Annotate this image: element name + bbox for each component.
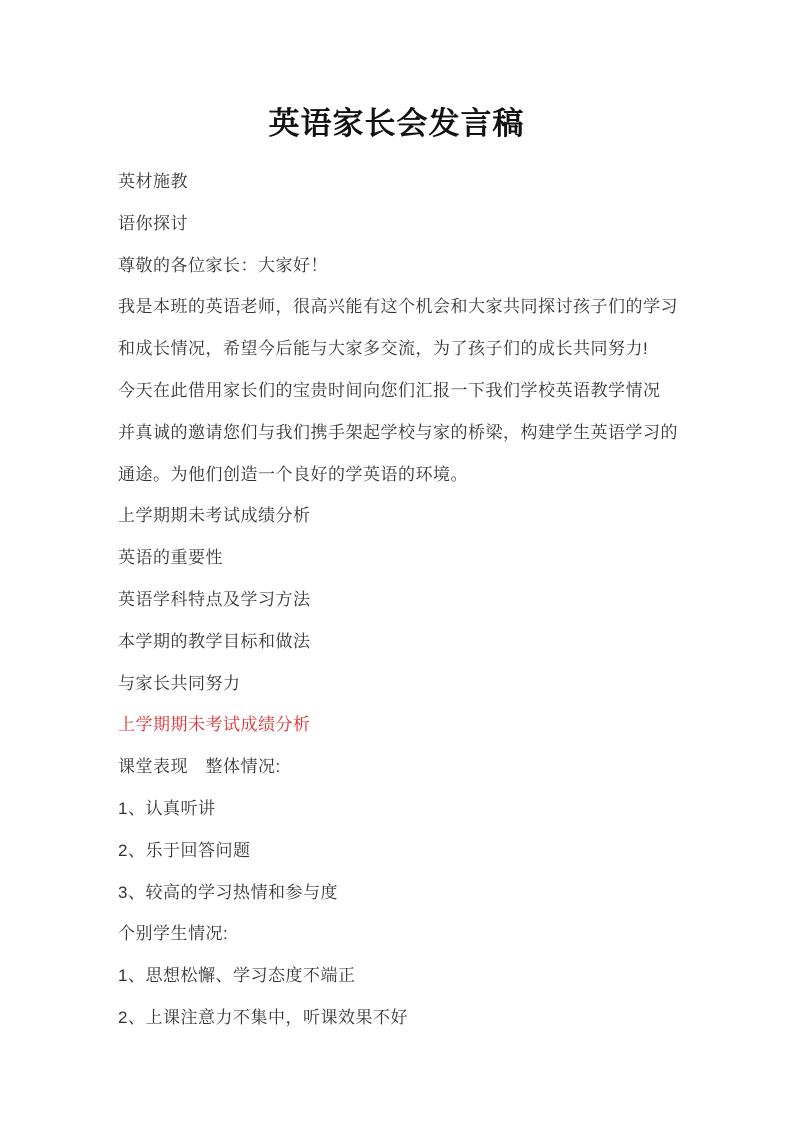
text-line: 上学期期未考试成绩分析 (118, 505, 718, 527)
text-line-highlighted: 上学期期未考试成绩分析 (118, 714, 718, 736)
text-line: 个别学生情况: (118, 923, 718, 945)
text-line: 今天在此借用家长们的宝贵时间向您们汇报一下我们学校英语教学情况 (118, 380, 718, 402)
document-page: 英语家长会发言稿 英材施教语你探讨尊敬的各位家长：大家好！我是本班的英语老师，很… (0, 0, 793, 1122)
text-line: 英语学科特点及学习方法 (118, 589, 718, 611)
text-line: 英语的重要性 (118, 547, 718, 569)
text-line: 尊敬的各位家长：大家好！ (118, 255, 718, 277)
text-line: 2、乐于回答问题 (118, 840, 718, 862)
text-line: 课堂表现 整体情况: (118, 756, 718, 778)
text-line: 1、认真听讲 (118, 798, 718, 820)
text-line: 通途。为他们创造一个良好的学英语的环境。 (118, 464, 718, 486)
text-line: 3、较高的学习热情和参与度 (118, 882, 718, 904)
text-line: 2、上课注意力不集中，听课效果不好 (118, 1007, 718, 1029)
text-line: 我是本班的英语老师，很高兴能有这个机会和大家共同探讨孩子们的学习 (118, 296, 718, 318)
text-line: 和成长情况，希望今后能与大家多交流，为了孩子们的成长共同努力! (118, 338, 718, 360)
text-line: 语你探讨 (118, 213, 718, 235)
document-body: 英材施教语你探讨尊敬的各位家长：大家好！我是本班的英语老师，很高兴能有这个机会和… (118, 171, 718, 1049)
document-title: 英语家长会发言稿 (0, 104, 793, 144)
text-line: 与家长共同努力 (118, 673, 718, 695)
text-line: 英材施教 (118, 171, 718, 193)
text-line: 本学期的教学目标和做法 (118, 631, 718, 653)
text-line: 并真诚的邀请您们与我们携手架起学校与家的桥梁，构建学生英语学习的 (118, 422, 718, 444)
text-line: 1、思想松懈、学习态度不端正 (118, 965, 718, 987)
